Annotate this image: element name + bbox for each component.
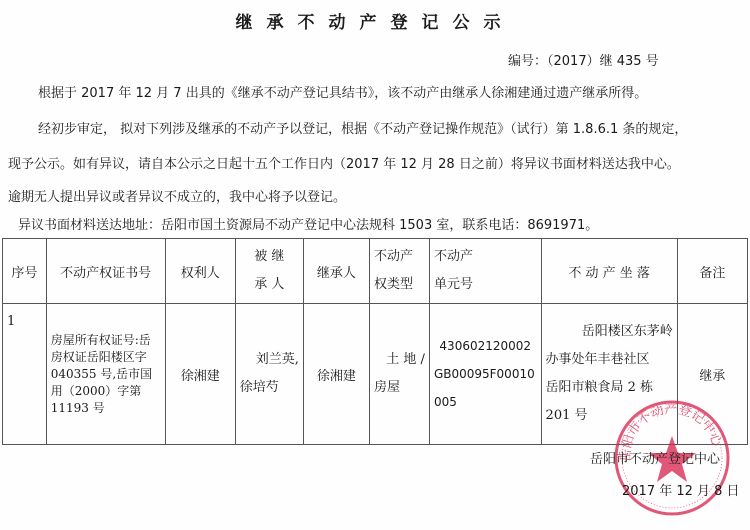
cell-type: 土 地 / 房屋 [369,304,429,445]
cell-unit-line3: 005 [434,388,537,416]
header-type: 不动产 权类型 [369,239,429,304]
table-header-row: 序号 不动产权证书号 权利人 被 继 承 人 继承人 不动产 权类型 不动产 单… [3,239,748,304]
header-note: 备注 [677,239,747,304]
header-type-line1: 不动产 [374,243,425,271]
document-number: 编号：（2017）继 435 号 [508,50,659,69]
cell-location-line4: 201 号 [546,402,673,430]
cell-deceased-line1: 刘兰英, [240,346,299,374]
header-deceased-line2: 承 人 [240,271,299,299]
paragraph-review: 经初步审定， 拟对下列涉及继承的不动产予以登记，根据《不动产登记操作规范》（试行… [38,118,687,137]
cell-deceased-line2: 徐培芍 [240,374,299,402]
paragraph-objection: 现予公示。如有异议，请自本公示之日起十五个工作日内（2017 年 12 月 28… [8,153,680,172]
cell-type-line1: 土 地 / [374,346,425,374]
cell-heir: 徐湘建 [303,304,369,445]
cell-location: 岳阳楼区东茅岭 办事处年丰巷社区 岳阳市粮食局 2 栋 201 号 [541,304,677,445]
registration-table: 序号 不动产权证书号 权利人 被 继 承 人 继承人 不动产 权类型 不动产 单… [2,238,748,445]
header-holder: 权利人 [165,239,235,304]
cell-location-line1: 岳阳楼区东茅岭 [546,318,673,346]
cell-unit: 430602120002 GB00095F00010 005 [429,304,541,445]
cell-unit-line2: GB00095F00010 [434,360,537,388]
cell-cert: 房屋所有权证号:岳房权证岳阳楼区字 040355 号,岳市国用（2000）字第 … [46,304,165,445]
cell-deceased: 刘兰英, 徐培芍 [235,304,303,445]
header-unit: 不动产 单元号 [429,239,541,304]
header-cert: 不动产权证书号 [46,239,165,304]
header-unit-line2: 单元号 [434,271,537,299]
issue-date: 2017 年 12 月 8 日 [622,480,740,499]
header-deceased: 被 继 承 人 [235,239,303,304]
cell-holder: 徐湘建 [165,304,235,445]
header-type-line2: 权类型 [374,271,425,299]
page-title: 继承不动产登记公示 [0,8,750,33]
header-deceased-line1: 被 继 [240,243,299,271]
cell-location-line3: 岳阳市粮食局 2 栋 [546,374,673,402]
cell-type-line2: 房屋 [374,374,425,402]
issuer-signature: 岳阳市不动产登记中心 [590,448,720,467]
paragraph-address: 异议书面材料送达地址：岳阳市国土资源局不动产登记中心法规科 1503 室，联系电… [18,214,598,233]
cell-note: 继承 [677,304,747,445]
cell-unit-line1: 430602120002 [434,332,537,360]
header-seq: 序号 [3,239,47,304]
header-location: 不 动 产 坐 落 [541,239,677,304]
table-row: 1 房屋所有权证号:岳房权证岳阳楼区字 040355 号,岳市国用（2000）字… [3,304,748,445]
header-unit-line1: 不动产 [434,243,537,271]
paragraph-basis: 根据于 2017 年 12 月 7 出具的《继承不动产登记具结书》，该不动产由继… [38,82,647,101]
header-heir: 继承人 [303,239,369,304]
cell-seq: 1 [3,304,47,445]
paragraph-expiry: 逾期无人提出异议或者异议不成立的，我中心将予以登记。 [8,186,346,205]
cell-location-line2: 办事处年丰巷社区 [546,346,673,374]
